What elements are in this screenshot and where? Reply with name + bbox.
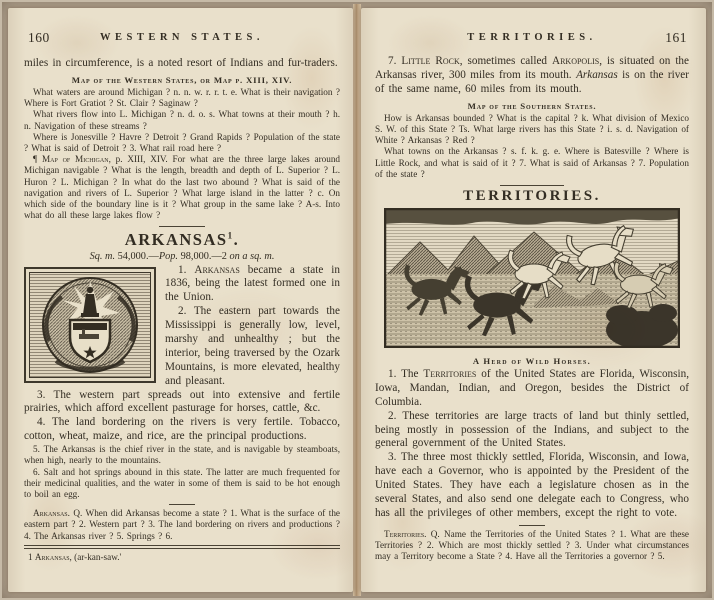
territories-smallcaps: Territories [423,368,476,380]
right-page: TERRITORIES. 161 7. Little Rock, sometim… [361,8,706,592]
territories-review-questions: Territories. Q. Name the Territories of … [375,529,689,563]
footnote-text: , (ar-kan-saw.' [70,552,122,562]
right-page-header: TERRITORIES. 161 [375,32,689,47]
question-paragraph: Where is Jonesville ? Havre ? Detroit ? … [24,132,340,154]
page-number-right: 161 [665,30,687,46]
intro-paragraph: miles in circumference, is a noted resor… [24,57,340,71]
review-text: . Q. When did Arkansas become a state ? … [24,508,340,540]
little-rock-smallcaps: Little Rock [401,55,459,67]
question-paragraph: What waters are around Michigan ? n. n. … [24,87,340,109]
territories-paragraph-1: 1. The Territories of the United States … [375,368,689,410]
para-number: 1. [178,264,194,276]
stats-density: on a sq. m. [229,251,274,262]
paragraph-5: 5. The Arkansas is the chief river in th… [24,444,340,466]
footnote-marker: 1 [28,552,35,562]
territories-heading: TERRITORIES. [375,188,689,205]
review-divider [169,504,195,505]
arkansas-italic: Arkansas [576,69,618,81]
arkansas-heading: ARKANSAS1. [24,230,340,250]
para-lead-smallcaps: Arkansas [194,264,239,276]
book-scan: 160 WESTERN STATES. miles in circumferen… [0,0,714,600]
review-lead-smallcaps: Arkansas [33,508,68,518]
seal-illustration [24,267,156,383]
paragraph-3: 3. The western part spreads out into ext… [24,389,340,417]
stats-pop-value: 98,000.—2 [178,251,229,262]
paragraph-4: 4. The land bordering on the rivers is v… [24,416,340,444]
territories-paragraph-3: 3. The three most thickly settled, Flori… [375,451,689,520]
footnote: 1 Arkansas, (ar-kan-saw.' [24,552,340,563]
wild-horses-illustration [384,208,680,348]
review-divider [519,525,545,526]
footnote-lead-smallcaps: Arkansas [35,552,70,562]
arkansas-heading-text: ARKANSAS [125,230,228,249]
running-head-left: WESTERN STATES. [24,32,340,43]
pilcrow-mark: ¶ [33,154,42,164]
map-western-states-heading: Map of the Western States, or Map p. XII… [24,75,340,85]
stats-sqm-label: Sq. m. [90,251,115,262]
wild-horses-engraving [384,208,680,353]
arkansas-stats: Sq. m. 54,000.—Pop. 98,000.—2 on a sq. m… [24,251,340,262]
running-head-right: TERRITORIES. [375,32,689,43]
book-gutter [353,4,361,596]
arkansas-body: 1. Arkansas became a state in 1836, bein… [24,264,340,445]
territories-paragraph-2: 2. These territories are large tracts of… [375,410,689,452]
map-michigan-question: ¶ Map of Michigan, p. XIII, XIV. For wha… [24,154,340,221]
para-number: 1. The [388,368,423,380]
review-lead-smallcaps: Territories [384,529,424,539]
heading-period: . [234,230,240,249]
arkansas-seal-engraving [24,267,156,383]
question-paragraph: What rivers flow into L. Michigan ? n. d… [24,109,340,131]
arkopolis-smallcaps: Arkopolis [552,55,599,67]
paragraph-6: 6. Salt and hot springs abound in this s… [24,467,340,501]
left-page: 160 WESTERN STATES. miles in circumferen… [8,8,353,592]
map-michigan-lead: Map of Michigan [42,154,109,164]
page-number-left: 160 [28,30,50,46]
para-text: , sometimes called [460,55,552,67]
map-southern-states-heading: Map of the Southern States. [375,101,689,111]
territories-divider [500,185,564,186]
footnote-divider [24,545,340,550]
stats-pop-label: Pop. [159,251,178,262]
section-divider [159,226,205,227]
image-caption: A Herd of Wild Horses. [375,356,689,366]
little-rock-paragraph: 7. Little Rock, sometimes called Arkopol… [375,55,689,97]
question-paragraph: What towns on the Arkansas ? s. f. k. g.… [375,146,689,180]
para-number: 7. [388,55,401,67]
stats-sqm-value: 54,000.— [115,251,159,262]
left-page-header: 160 WESTERN STATES. [24,32,340,47]
arkansas-review-questions: Arkansas. Q. When did Arkansas become a … [24,508,340,542]
question-paragraph: How is Arkansas bounded ? What is the ca… [375,113,689,147]
